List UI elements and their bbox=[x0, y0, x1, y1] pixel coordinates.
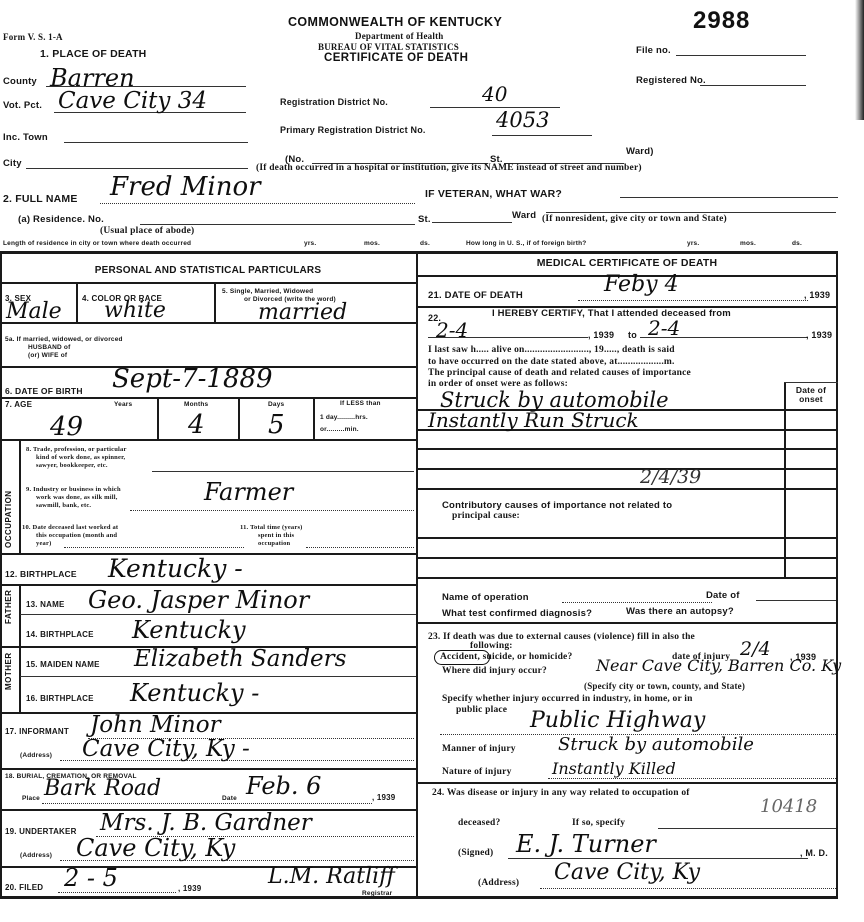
marital-label-1: 5. Single, Married, Widowed bbox=[222, 288, 313, 296]
mother-side-label: MOTHER bbox=[4, 652, 13, 690]
birthplace-label: 12. BIRTHPLACE bbox=[5, 569, 77, 579]
certify-statement: I HEREBY CERTIFY, That I attended deceas… bbox=[492, 308, 731, 319]
industry-label-2: work was done, as silk mill, bbox=[36, 494, 118, 502]
father-birthplace-value: Kentucky bbox=[132, 616, 246, 644]
attended-from-value: 2-4 bbox=[436, 318, 468, 342]
undertaker-address-label: (Address) bbox=[20, 852, 52, 860]
informant-value: John Minor bbox=[90, 712, 221, 738]
foreign-ds-label: ds. bbox=[792, 240, 802, 248]
yrs-label: yrs. bbox=[304, 240, 316, 248]
primary-district-label: Primary Registration District No. bbox=[280, 125, 426, 135]
foreign-yrs-label: yrs. bbox=[687, 240, 699, 248]
mother-birthplace-value: Kentucky - bbox=[130, 679, 259, 707]
mother-maiden-value: Elizabeth Sanders bbox=[134, 646, 346, 672]
date-of-death-label: 21. DATE OF DEATH bbox=[428, 290, 523, 301]
cause-line-2: Instantly Run Struck bbox=[428, 408, 639, 432]
test-label: What test confirmed diagnosis? bbox=[442, 608, 592, 619]
specify-place-value: Public Highway bbox=[530, 708, 705, 733]
injury-location-value: Near Cave City, Barren Co. Ky bbox=[596, 656, 841, 675]
total-time-label-1: 11. Total time (years) bbox=[240, 524, 303, 532]
age-years-value: 49 bbox=[50, 412, 83, 442]
last-worked-label-3: year) bbox=[36, 540, 51, 548]
veteran-label: IF VETERAN, WHAT WAR? bbox=[425, 188, 562, 200]
scan-edge bbox=[855, 0, 864, 120]
less-than-label: If LESS than bbox=[340, 400, 381, 408]
months-label: Months bbox=[184, 401, 208, 409]
spouse-label-2: HUSBAND of bbox=[28, 344, 70, 352]
primary-district-value: 4053 bbox=[496, 108, 549, 132]
commonwealth-title: COMMONWEALTH OF KENTUCKY bbox=[288, 15, 502, 29]
cause-line-3: 2/4/39 bbox=[640, 466, 701, 488]
autopsy-label: Was there an autopsy? bbox=[626, 606, 734, 617]
filed-label: 20. FILED bbox=[5, 883, 43, 892]
accident-label: Accident, suicide, or homicide? bbox=[440, 652, 572, 662]
certificate-number: 2988 bbox=[693, 7, 750, 35]
age-months-value: 4 bbox=[188, 410, 205, 440]
father-name-value: Geo. Jasper Minor bbox=[88, 586, 309, 614]
sex-value: Male bbox=[6, 299, 62, 324]
last-worked-label-2: this occupation (month and bbox=[36, 532, 117, 540]
burial-date-value: Feb. 6 bbox=[246, 772, 321, 800]
full-name-value: Fred Minor bbox=[110, 172, 261, 202]
injury-location-label: Where did injury occur? bbox=[442, 666, 547, 676]
age-label: 7. AGE bbox=[5, 400, 32, 409]
trade-label-2: kind of work done, as spinner, bbox=[36, 454, 125, 462]
date-of-death-year: , 1939 bbox=[804, 290, 830, 300]
undertaker-value: Mrs. J. B. Gardner bbox=[100, 810, 312, 836]
dob-value: Sept-7-1889 bbox=[112, 364, 273, 394]
place-of-death-heading: 1. PLACE OF DEATH bbox=[40, 48, 146, 60]
specify-place-label-1: Specify whether injury occurred in indus… bbox=[442, 694, 693, 704]
last-saw-label: I last saw h..... alive on..............… bbox=[428, 345, 675, 355]
mother-birthplace-label: 16. BIRTHPLACE bbox=[26, 694, 94, 703]
dob-label: 6. DATE OF BIRTH bbox=[5, 386, 83, 396]
registration-district-value: 40 bbox=[482, 82, 507, 106]
undertaker-label: 19. UNDERTAKER bbox=[5, 827, 77, 836]
father-name-label: 13. NAME bbox=[26, 600, 65, 609]
city-label: City bbox=[3, 158, 22, 169]
mos-label: mos. bbox=[364, 240, 380, 248]
registered-no-label: Registered No. bbox=[636, 75, 706, 86]
attended-to-label: to bbox=[628, 330, 637, 340]
signed-label: (Signed) bbox=[458, 848, 493, 858]
birthplace-value: Kentucky - bbox=[108, 554, 243, 583]
date-of-death-value: Feby 4 bbox=[604, 272, 679, 297]
trade-label-1: 8. Trade, profession, or particular bbox=[26, 446, 127, 454]
nature-value: Instantly Killed bbox=[552, 759, 676, 778]
address-ward-label: Ward) bbox=[626, 146, 654, 157]
less-than-min: or.........min. bbox=[320, 426, 359, 434]
burial-place-label: Place bbox=[22, 795, 40, 803]
registrar-signature: L.M. Ratliff bbox=[268, 864, 395, 889]
less-than-day: 1 day.........hrs. bbox=[320, 414, 368, 422]
file-no-label: File no. bbox=[636, 45, 671, 56]
undertaker-address-value: Cave City, Ky bbox=[76, 834, 235, 862]
industry-label-1: 9. Industry or business in which bbox=[26, 486, 121, 494]
burial-date-label: Date bbox=[222, 795, 237, 803]
race-value: white bbox=[104, 298, 166, 323]
nature-label: Nature of injury bbox=[442, 767, 512, 777]
margin-number: 10418 bbox=[760, 796, 817, 817]
md-label: , M. D. bbox=[800, 848, 828, 858]
physician-address-value: Cave City, Ky bbox=[554, 860, 700, 885]
registration-district-label: Registration District No. bbox=[280, 97, 388, 107]
days-label: Days bbox=[268, 401, 284, 409]
occurred-label: to have occurred on the date stated abov… bbox=[428, 357, 675, 367]
industry-value: Farmer bbox=[204, 478, 293, 506]
length-residence-label: Length of residence in city or town wher… bbox=[3, 240, 191, 248]
attended-from-year: , 1939 bbox=[588, 330, 614, 340]
spouse-label-1: 5a. If married, widowed, or divorced bbox=[5, 336, 123, 344]
inc-town-label: Inc. Town bbox=[3, 132, 48, 143]
burial-place-value: Bark Road bbox=[44, 776, 161, 801]
informant-label: 17. INFORMANT bbox=[5, 727, 69, 736]
contributory-label-2: principal cause: bbox=[452, 511, 520, 521]
ds-label: ds. bbox=[420, 240, 430, 248]
personal-section-title: PERSONAL AND STATISTICAL PARTICULARS bbox=[0, 265, 416, 276]
burial-year: , 1939 bbox=[372, 793, 395, 802]
residence-sublabel: (Usual place of abode) bbox=[100, 226, 194, 236]
filed-year: , 1939 bbox=[178, 884, 201, 893]
father-side-label: FATHER bbox=[4, 590, 13, 624]
physician-address-label: (Address) bbox=[478, 878, 519, 888]
foreign-mos-label: mos. bbox=[740, 240, 756, 248]
principal-cause-label: The principal cause of death and related… bbox=[428, 368, 691, 378]
filed-value: 2 - 5 bbox=[64, 864, 118, 892]
father-birthplace-label: 14. BIRTHPLACE bbox=[26, 630, 94, 639]
medical-section-title: MEDICAL CERTIFICATE OF DEATH bbox=[418, 257, 836, 269]
residence-ward-label: Ward bbox=[512, 210, 536, 221]
last-worked-label-1: 10. Date deceased last worked at bbox=[22, 524, 118, 532]
occupation-side-label: OCCUPATION bbox=[4, 490, 13, 548]
foreign-birth-label: How long in U. S., if of foreign birth? bbox=[466, 240, 586, 248]
physician-signature: E. J. Turner bbox=[516, 830, 656, 858]
years-label: Years bbox=[114, 401, 132, 409]
department-name: Department of Health bbox=[355, 31, 443, 41]
injury-location-sublabel: (Specify city or town, county, and State… bbox=[584, 681, 745, 691]
nonresident-note: (If nonresident, give city or town and S… bbox=[542, 214, 727, 224]
contributory-label-1: Contributory causes of importance not re… bbox=[442, 500, 672, 511]
manner-value: Struck by automobile bbox=[558, 734, 754, 755]
hospital-note: (If death occurred in a hospital or inst… bbox=[256, 163, 642, 173]
if-so-specify-label: If so, specify bbox=[572, 818, 625, 828]
form-id: Form V. S. 1-A bbox=[3, 32, 63, 42]
external-label-1: 23. If death was due to external causes … bbox=[428, 632, 695, 642]
manner-label: Manner of injury bbox=[442, 744, 516, 754]
attended-to-year: , 1939 bbox=[806, 330, 832, 340]
residence-label: (a) Residence. No. bbox=[18, 214, 104, 225]
informant-address-value: Cave City, Ky - bbox=[82, 736, 250, 762]
total-time-label-3: occupation bbox=[258, 540, 290, 548]
full-name-label: 2. FULL NAME bbox=[3, 193, 78, 205]
informant-address-label: (Address) bbox=[20, 752, 52, 760]
vot-pct-label: Vot. Pct. bbox=[3, 100, 42, 111]
trade-label-3: sawyer, bookkeeper, etc. bbox=[36, 462, 108, 470]
operation-date-label: Date of bbox=[706, 590, 740, 601]
spouse-label-3: (or) WIFE of bbox=[28, 352, 67, 360]
operation-label: Name of operation bbox=[442, 592, 529, 603]
residence-st-label: St. bbox=[418, 214, 431, 225]
date-of-onset-label: Date of onset bbox=[786, 386, 836, 404]
mother-maiden-label: 15. MAIDEN NAME bbox=[26, 660, 100, 669]
certificate-title: CERTIFICATE OF DEATH bbox=[324, 52, 468, 64]
total-time-label-2: spent in this bbox=[258, 532, 294, 540]
vot-pct-value: Cave City 34 bbox=[58, 88, 207, 114]
county-label: County bbox=[3, 76, 37, 87]
occupation-related-label: 24. Was disease or injury in any way rel… bbox=[432, 788, 690, 798]
deceased-label: deceased? bbox=[458, 818, 500, 828]
bureau-name: BUREAU OF VITAL STATISTICS bbox=[318, 42, 459, 52]
age-days-value: 5 bbox=[268, 410, 285, 440]
industry-label-3: sawmill, bank, etc. bbox=[36, 502, 91, 510]
specify-place-label-2: public place bbox=[456, 705, 507, 715]
